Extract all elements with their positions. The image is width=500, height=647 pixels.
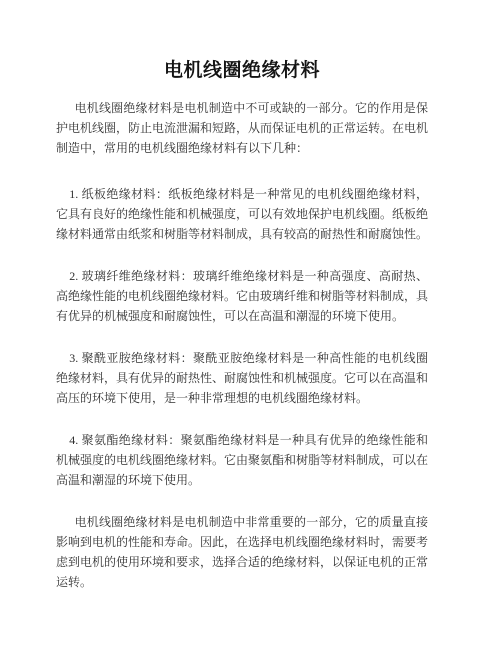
page-title: 电机线圈绝缘材料 xyxy=(56,57,428,85)
conclusion-paragraph: 电机线圈绝缘材料是电机制造中非常重要的一部分，它的质量直接影响到电机的性能和寿命… xyxy=(56,512,428,592)
list-item-polyimide-insulation: 3. 聚酰亚胺绝缘材料：聚酰亚胺绝缘材料是一种高性能的电机线圈绝缘材料，具有优异… xyxy=(56,348,428,408)
list-item-polyurethane-insulation: 4. 聚氨酯绝缘材料：聚氨酯绝缘材料是一种具有优异的绝缘性能和机械强度的电机线圈… xyxy=(56,430,428,490)
list-item-cardboard-insulation: 1. 纸板绝缘材料：纸板绝缘材料是一种常见的电机线圈绝缘材料，它具有良好的绝缘性… xyxy=(56,184,428,244)
intro-paragraph: 电机线圈绝缘材料是电机制造中不可或缺的一部分。它的作用是保护电机线圈，防止电流泄… xyxy=(56,98,428,158)
document-page: 电机线圈绝缘材料 电机线圈绝缘材料是电机制造中不可或缺的一部分。它的作用是保护电… xyxy=(0,0,500,647)
list-item-fiberglass-insulation: 2. 玻璃纤维绝缘材料：玻璃纤维绝缘材料是一种高强度、高耐热、高绝缘性能的电机线… xyxy=(56,266,428,326)
